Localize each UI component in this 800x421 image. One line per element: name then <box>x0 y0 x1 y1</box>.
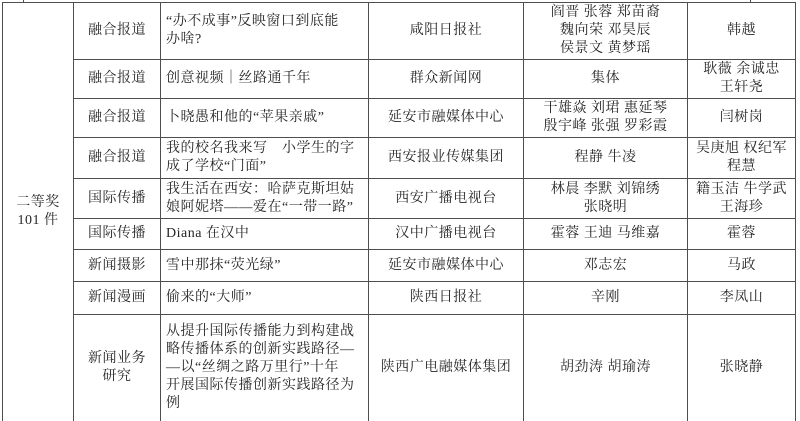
organization-cell: 陕西广电融媒体集团 <box>369 315 524 421</box>
organization-cell: 陕西日报社 <box>369 282 524 315</box>
category-cell: 新闻漫画 <box>74 282 161 315</box>
table-row: 新闻摄影 雪中那抹“荧光绿” 延安市融媒体中心 邓志宏 马政 <box>3 250 796 282</box>
award-group-cell: 二等奖 101 件 <box>3 3 74 421</box>
table-row: 新闻漫画 偷来的“大师” 陕西日报社 辛刚 李凤山 <box>3 282 796 315</box>
category-cell: 融合报道 <box>74 99 161 138</box>
category-cell: 融合报道 <box>74 3 161 60</box>
authors-cell: 邓志宏 <box>524 250 688 282</box>
editors-cell: 闫树岗 <box>688 99 796 138</box>
category-cell: 新闻摄影 <box>74 250 161 282</box>
category-cell: 国际传播 <box>74 219 161 250</box>
category-cell: 国际传播 <box>74 179 161 219</box>
authors-cell: 干雄焱 刘珺 惠延琴 殷宇峰 张强 罗彩霞 <box>524 99 688 138</box>
editors-cell: 籍玉洁 牛学武 王海珍 <box>688 179 796 219</box>
authors-cell: 集体 <box>524 60 688 99</box>
title-cell: “办不成事”反映窗口到底能 办啥? <box>161 3 369 60</box>
authors-cell: 阎晋 张蓉 郑苗裔 魏向荣 邓昊辰 侯景文 黄梦瑶 <box>524 3 688 60</box>
authors-cell: 辛刚 <box>524 282 688 315</box>
title-cell: 卜晓愚和他的“苹果亲戚” <box>161 99 369 138</box>
table-row: 融合报道 我的校名我来写 小学生的字 成了学校“门面” 西安报业传媒集团 程静 … <box>3 138 796 179</box>
awards-table: 二等奖 101 件 融合报道 “办不成事”反映窗口到底能 办啥? 咸阳日报社 阎… <box>2 2 796 421</box>
category-cell: 融合报道 <box>74 138 161 179</box>
authors-cell: 程静 牛凌 <box>524 138 688 179</box>
title-cell: 偷来的“大师” <box>161 282 369 315</box>
editors-cell: 吴庚旭 权纪军 程慧 <box>688 138 796 179</box>
organization-cell: 汉中广播电视台 <box>369 219 524 250</box>
title-cell: 从提升国际传播能力到构建战 略传播体系的创新实践路径— —以“丝绸之路万里行”十… <box>161 315 369 421</box>
title-cell: 创意视频｜丝路通千年 <box>161 60 369 99</box>
authors-cell: 林晨 李默 刘锦绣 张晓明 <box>524 179 688 219</box>
document-page: { "page": { "background": "#ffffff", "bo… <box>0 0 800 421</box>
organization-cell: 延安市融媒体中心 <box>369 250 524 282</box>
editors-cell: 张晓静 <box>688 315 796 421</box>
organization-cell: 西安广播电视台 <box>369 179 524 219</box>
title-cell: 我的校名我来写 小学生的字 成了学校“门面” <box>161 138 369 179</box>
table-row: 融合报道 创意视频｜丝路通千年 群众新闻网 集体 耿薇 余诚忠 王轩尧 <box>3 60 796 99</box>
title-cell: Diana 在汉中 <box>161 219 369 250</box>
category-cell: 融合报道 <box>74 60 161 99</box>
table-row: 新闻业务 研究 从提升国际传播能力到构建战 略传播体系的创新实践路径— —以“丝… <box>3 315 796 421</box>
category-cell: 新闻业务 研究 <box>74 315 161 421</box>
editors-cell: 马政 <box>688 250 796 282</box>
editors-cell: 韩越 <box>688 3 796 60</box>
title-cell: 我生活在西安：哈萨克斯坦姑 娘阿妮塔——爱在“一带一路” <box>161 179 369 219</box>
table-row: 融合报道 卜晓愚和他的“苹果亲戚” 延安市融媒体中心 干雄焱 刘珺 惠延琴 殷宇… <box>3 99 796 138</box>
organization-cell: 延安市融媒体中心 <box>369 99 524 138</box>
editors-cell: 霍蓉 <box>688 219 796 250</box>
table-row: 国际传播 Diana 在汉中 汉中广播电视台 霍蓉 王迪 马维嘉 霍蓉 <box>3 219 796 250</box>
organization-cell: 西安报业传媒集团 <box>369 138 524 179</box>
authors-cell: 霍蓉 王迪 马维嘉 <box>524 219 688 250</box>
editors-cell: 耿薇 余诚忠 王轩尧 <box>688 60 796 99</box>
table-row: 二等奖 101 件 融合报道 “办不成事”反映窗口到底能 办啥? 咸阳日报社 阎… <box>3 3 796 60</box>
authors-cell: 胡劲涛 胡瑜涛 <box>524 315 688 421</box>
editors-cell: 李凤山 <box>688 282 796 315</box>
organization-cell: 群众新闻网 <box>369 60 524 99</box>
table-row: 国际传播 我生活在西安：哈萨克斯坦姑 娘阿妮塔——爱在“一带一路” 西安广播电视… <box>3 179 796 219</box>
title-cell: 雪中那抹“荧光绿” <box>161 250 369 282</box>
organization-cell: 咸阳日报社 <box>369 3 524 60</box>
